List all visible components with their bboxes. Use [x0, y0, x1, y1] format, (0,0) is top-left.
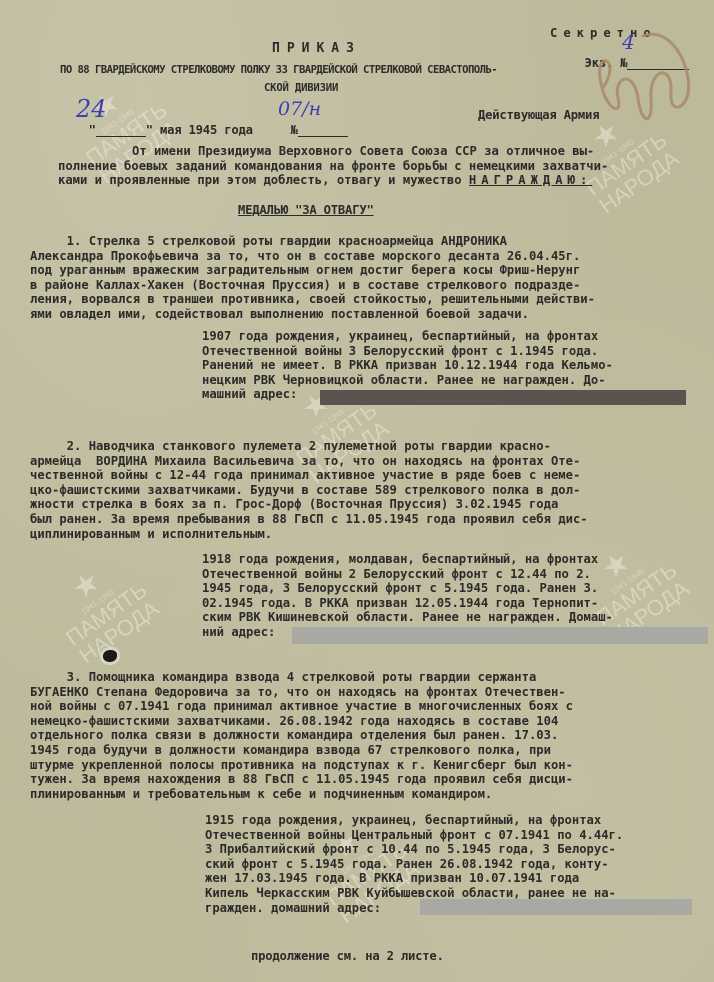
preamble-text: ками и проявленные при этом доблесть, от…	[58, 173, 462, 187]
number-prefix: №	[291, 123, 298, 137]
entry-line: тужен. За время нахождения в 88 ГвСП с 1…	[30, 772, 573, 787]
continuation-note: продолжение см. на 2 листе.	[251, 949, 444, 964]
bio-line: 1907 года рождения, украинец, беспартийн…	[202, 329, 613, 344]
entry-line: БУГАЕНКО Степана Федоровича за то, что о…	[30, 685, 573, 700]
preamble: От имени Президиума Верховного Совета Со…	[58, 144, 608, 188]
entry-line: 1945 года будучи в должности командира в…	[30, 743, 573, 758]
preamble-line: ками и проявленные при этом доблесть, от…	[58, 173, 608, 188]
unit-line-2: СКОЙ ДИВИЗИИ	[264, 81, 338, 96]
bio-line: Отечественной войны 2 Белорусский фронт …	[202, 567, 613, 582]
date-rest: " мая 1945 года	[146, 123, 253, 137]
entry-line: ями овладел ими, содействовал выполнению…	[30, 307, 595, 322]
award-verb: НАГРАЖДАЮ:	[469, 173, 592, 187]
entry-line: отдельного полка связи в должности коман…	[30, 728, 573, 743]
preamble-line: полнение боевых заданий командования на …	[58, 159, 608, 174]
medal-heading: МЕДАЛЬЮ "ЗА ОТВАГУ"	[238, 203, 374, 218]
entry-line: в районе Каллах-Хакен (Восточная Пруссия…	[30, 278, 595, 293]
bio-line: 1918 года рождения, молдаван, беспартийн…	[202, 552, 613, 567]
bio-line: ский фронт с 5.1945 года. Ранен 26.08.19…	[205, 857, 623, 872]
date-day-handwritten: 24	[76, 95, 107, 123]
entry-line: под ураганным вражеским заградительным о…	[30, 263, 595, 278]
entry-line: ной войны с 07.1941 года принимал активн…	[30, 699, 573, 714]
redacted-address	[420, 899, 692, 915]
entry-line: чественной войны с 12-44 года принимал а…	[30, 468, 588, 483]
bio-line: 3 Прибалтийский фронт с 10.44 по 5.1945 …	[205, 842, 623, 857]
date-quote: "	[89, 123, 96, 137]
page-title: ПРИКАЗ	[272, 42, 361, 57]
bio-line: Отечественной войны Центральный фронт с …	[205, 828, 623, 843]
entry-line: плинированным и требовательным к себе и …	[30, 787, 573, 802]
entry-line: 2. Наводчика станкового пулемета 2 пулем…	[30, 439, 588, 454]
punch-hole	[103, 650, 117, 662]
entry-3: 3. Помощника командира взвода 4 стрелков…	[30, 670, 573, 801]
entry-line: был ранен. За время пребывания в 88 ГвСП…	[30, 512, 588, 527]
watermark-years: 1941-1945	[57, 571, 138, 631]
unit-line-1: ПО 88 ГВАРДЕЙСКОМУ СТРЕЛКОВОМУ ПОЛКУ 33 …	[60, 63, 497, 78]
bio-line: Отечественной войны 3 Белорусский фронт …	[202, 344, 613, 359]
bio-line: 02.1945 года. В РККА призван 12.05.1944 …	[202, 596, 613, 611]
redacted-address	[292, 627, 708, 644]
bio-line: 1915 года рождения, украинец, беспартийн…	[205, 813, 623, 828]
entry-line: ления, ворвался в траншеи противника, св…	[30, 292, 595, 307]
watermark-star-icon: ★	[40, 547, 133, 625]
redacted-address	[320, 390, 686, 405]
entry-line: штурме укрепленной полосы противника на …	[30, 758, 573, 773]
watermark: ★ 1941-1945 ПАМЯТЬ НАРОДА	[40, 547, 163, 668]
location: Действующая Армия	[478, 108, 599, 123]
entry-line: циплинированным и исполнительным.	[30, 527, 588, 542]
entry-line: немецко-фашистскими захватчиками. 26.08.…	[30, 714, 573, 729]
bio-line: ским РВК Кишиневской области. Ранее не н…	[202, 610, 613, 625]
bio-line: нецким РВК Черновицкой области. Ранее не…	[202, 373, 613, 388]
entry-line: жности стрелка в боях за п. Грос-Дорф (В…	[30, 497, 588, 512]
entry-line: 1. Стрелка 5 стрелковой роты гвардии кра…	[30, 234, 595, 249]
preamble-line: От имени Президиума Верховного Совета Со…	[58, 144, 608, 159]
entry-line: цко-фашистскими захватчиками. Будучи в с…	[30, 483, 588, 498]
order-number-handwritten: 07/н	[278, 98, 321, 120]
entry-line: 3. Помощника командира взвода 4 стрелков…	[30, 670, 573, 685]
entry-line: армейца ВОРДИНА Михаила Васильевича за т…	[30, 454, 588, 469]
watermark-line1: ПАМЯТЬ	[62, 579, 150, 650]
entry-1: 1. Стрелка 5 стрелковой роты гвардии кра…	[30, 234, 595, 322]
bio-line: Ранений не имеет. В РККА призван 10.12.1…	[202, 358, 613, 373]
entry-2: 2. Наводчика станкового пулемета 2 пулем…	[30, 439, 588, 541]
watermark-line2: НАРОДА	[75, 597, 163, 668]
entry-line: Александра Прокофьевича за то, что он в …	[30, 249, 595, 264]
document-page: ★ 1941-1945 ПАМЯТЬ НАРОДА ★ 1941-1945 ПА…	[0, 0, 714, 982]
pencil-signature-mark	[583, 28, 703, 138]
bio-line: 1945 года, 3 Белорусский фронт с 5.1945 …	[202, 581, 613, 596]
bio-line: жен 17.03.1945 года. В РККА призван 10.0…	[205, 871, 623, 886]
